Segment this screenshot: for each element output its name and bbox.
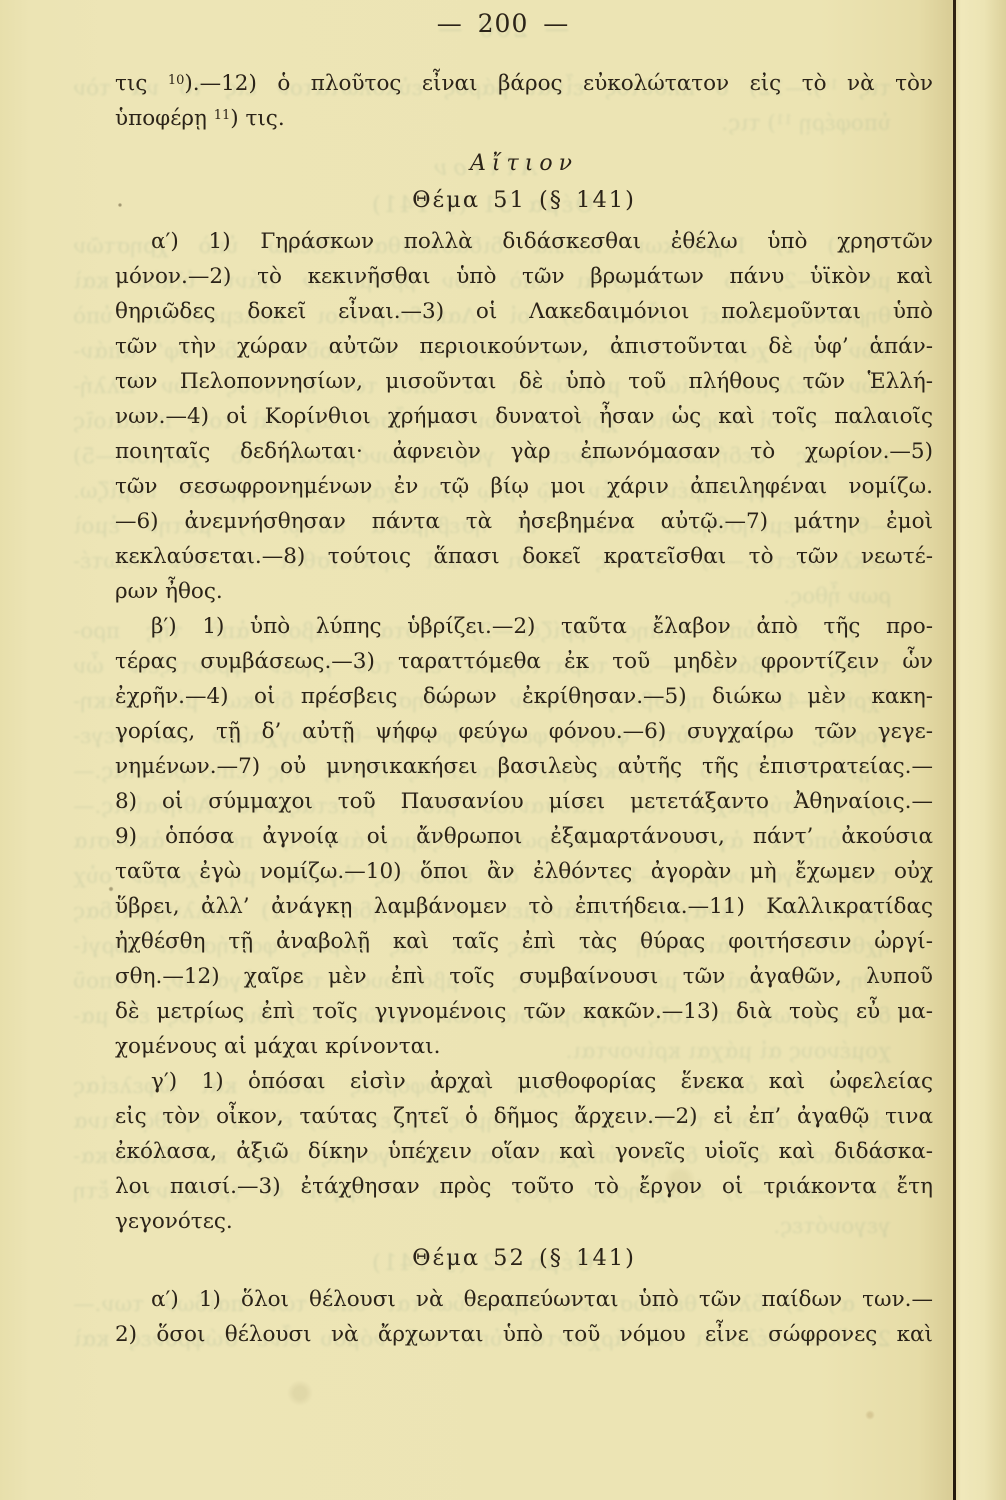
page-text: τις 10).—12) ὁ πλοῦτος εἶναι βάρος εὐκολ…	[115, 66, 933, 1352]
text-line: νων.—4) οἱ Κορίνθιοι χρήμασι δυνατοὶ ἦσα…	[115, 399, 933, 434]
text-line: εἰς τὸν οἶκον, ταύτας ζητεῖ ὁ δῆμος ἄρχε…	[115, 1099, 933, 1134]
footnote-reference: 10	[168, 73, 185, 88]
page-content: — 200 — τις 10).—12) ὁ πλοῦτος εἶναι βάρ…	[0, 0, 1006, 1352]
page: — 200 — τις 10).—12) ὁ πλοῦτος εἶναι βάρ…	[0, 0, 1006, 1500]
text-line: γορίας, τῇ δ’ αὐτῇ ψήφῳ φεύγω φόνου.—6) …	[115, 714, 933, 749]
text-line: ὕβρει, ἀλλ’ ἀνάγκῃ λαμβάνομεν τὸ ἐπιτήδε…	[115, 889, 933, 924]
text-line: β′) 1) ὑπὸ λύπης ὑβρίζει.—2) ταῦτα ἔλαβο…	[115, 609, 933, 644]
exercise-52-alpha: α′) 1) ὅλοι θέλουσι νὰ θεραπεύωνται ὑπὸ …	[115, 1282, 933, 1352]
text-line: λοι παισί.—3) ἐτάχθησαν πρὸς τοῦτο τὸ ἔρ…	[115, 1169, 933, 1204]
theme-52-heading: Θέμα 52 (§ 141)	[115, 1241, 933, 1276]
text-line: 8) οἱ σύμμαχοι τοῦ Παυσανίου μίσει μετετ…	[115, 784, 933, 819]
text-line: ἠχθέσθη τῇ ἀναβολῇ καὶ ταῖς ἐπὶ τὰς θύρα…	[115, 924, 933, 959]
text-line: δὲ μετρίως ἐπὶ τοῖς γιγνομένοις τῶν κακῶ…	[115, 994, 933, 1029]
section-heading-aition: Αἴτιον	[115, 146, 933, 181]
text-line: γεγονότες.	[115, 1204, 933, 1239]
text-line: α′) 1) Γηράσκων πολλὰ διδάσκεσθαι ἐθέλω …	[115, 224, 933, 259]
text-line: τῶν τὴν χώραν αὐτῶν περιοικούντων, ἀπιστ…	[115, 329, 933, 364]
text-line: ὑποφέρῃ 11) τις.	[115, 101, 933, 136]
text-line: κεκλαύσεται.—8) τούτοις ἅπασι δοκεῖ κρατ…	[115, 539, 933, 574]
text-line: 9) ὁπόσα ἀγνοίᾳ οἱ ἄνθρωποι ἐξαμαρτάνουσ…	[115, 819, 933, 854]
theme-51-heading: Θέμα 51 (§ 141)	[115, 183, 933, 218]
text-line: σθη.—12) χαῖρε μὲν ἐπὶ τοῖς συμβαίνουσι …	[115, 959, 933, 994]
text-line: ταῦτα ἐγὼ νομίζω.—10) ὅποι ἂν ἐλθόντες ἀ…	[115, 854, 933, 889]
page-edge-line	[953, 0, 956, 1500]
text-line: νημένων.—7) οὐ μνησικακήσει βασιλεὺς αὐτ…	[115, 749, 933, 784]
exercise-51-beta: β′) 1) ὑπὸ λύπης ὑβρίζει.—2) ταῦτα ἔλαβο…	[115, 609, 933, 1064]
text-line: τις 10).—12) ὁ πλοῦτος εἶναι βάρος εὐκολ…	[115, 66, 933, 101]
exercise-51-alpha: α′) 1) Γηράσκων πολλὰ διδάσκεσθαι ἐθέλω …	[115, 224, 933, 609]
text-line: τῶν σεσωφρονημένων ἐν τῷ βίῳ μοι χάριν ἀ…	[115, 469, 933, 504]
text-line: μόνον.—2) τὸ κεκινῆσθαι ὑπὸ τῶν βρωμάτων…	[115, 259, 933, 294]
text-line: 2) ὅσοι θέλουσι νὰ ἄρχωνται ὑπὸ τοῦ νόμο…	[115, 1317, 933, 1352]
footnote-reference: 11	[214, 108, 231, 123]
text-line: ἐχρῆν.—4) οἱ πρέσβεις δώρων ἐκρίθησαν.—5…	[115, 679, 933, 714]
text-line: χομένους αἱ μάχαι κρίνονται.	[115, 1029, 933, 1064]
exercise-51-gamma: γ′) 1) ὁπόσαι εἰσὶν ἀρχαὶ μισθοφορίας ἕν…	[115, 1064, 933, 1239]
text-line: ποιηταῖς δεδήλωται· ἀφνειὸν γὰρ ἐπωνόμασ…	[115, 434, 933, 469]
page-number: — 200 —	[0, 0, 1006, 39]
text-line: ρων ἦθος.	[115, 574, 933, 609]
text-line: τέρας συμβάσεως.—3) ταραττόμεθα ἐκ τοῦ μ…	[115, 644, 933, 679]
continuation-paragraph: τις 10).—12) ὁ πλοῦτος εἶναι βάρος εὐκολ…	[115, 66, 933, 136]
text-line: —6) ἀνεμνήσθησαν πάντα τὰ ἠσεβημένα αὐτῷ…	[115, 504, 933, 539]
text-line: γ′) 1) ὁπόσαι εἰσὶν ἀρχαὶ μισθοφορίας ἕν…	[115, 1064, 933, 1099]
text-line: α′) 1) ὅλοι θέλουσι νὰ θεραπεύωνται ὑπὸ …	[115, 1282, 933, 1317]
text-line: θηριῶδες δοκεῖ εἶναι.—3) οἱ Λακεδαιμόνιο…	[115, 294, 933, 329]
text-line: ἐκόλασα, ἀξιῶ δίκην ὑπέχειν οἵαν καὶ γον…	[115, 1134, 933, 1169]
text-line: των Πελοποννησίων, μισοῦνται δὲ ὑπὸ τοῦ …	[115, 364, 933, 399]
